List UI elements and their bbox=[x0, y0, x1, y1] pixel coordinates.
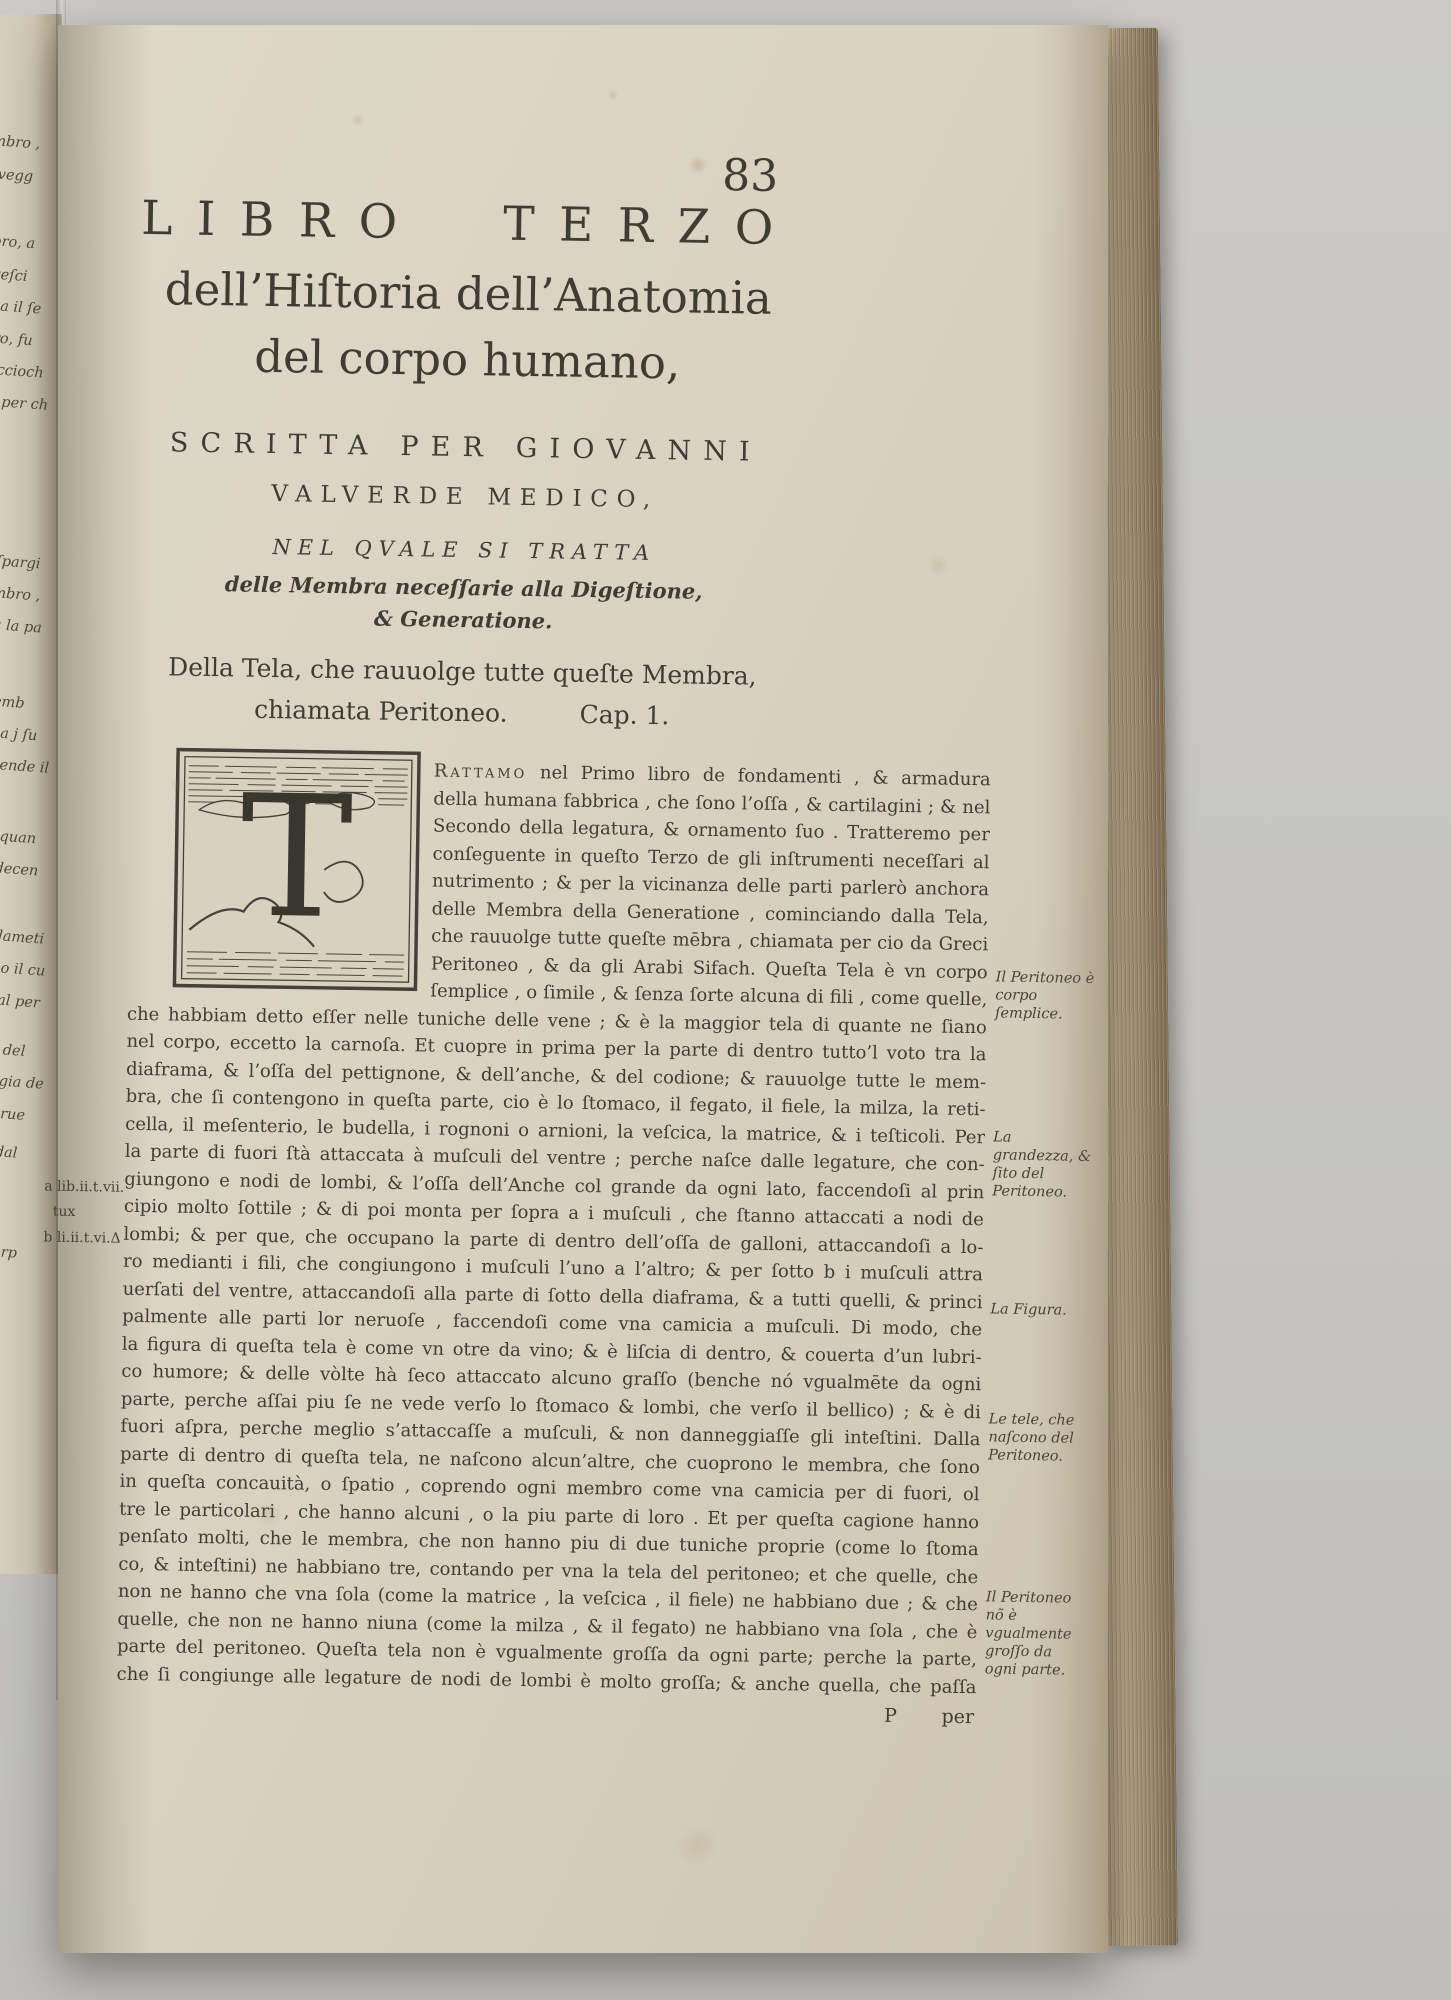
chapter-number: Cap. 1. bbox=[579, 700, 669, 730]
book-page: 83 LIBRO TERZO dell’Hiſtoria dell’Anatom… bbox=[58, 25, 1108, 1953]
author-line1: SCRITTA PER GIOVANNI bbox=[136, 427, 796, 468]
previous-page-text-fragment: lla veſci bbox=[0, 265, 28, 285]
margin-note: Le tele, che naſcono del Peritoneo. bbox=[988, 1410, 1089, 1466]
argument-line1: NEL QVALE SI TRATTA bbox=[134, 533, 794, 567]
body-text: Rattamo nel Primo libro de fondamenti , … bbox=[116, 753, 991, 1701]
previous-page-text-fragment: fondameti bbox=[0, 926, 45, 947]
previous-page-text-fragment: ſerua il ſe bbox=[0, 297, 42, 318]
previous-page-text-fragment: iſcia la pa bbox=[0, 616, 42, 637]
previous-page-text-fragment: ſta decen bbox=[0, 859, 39, 880]
previous-page-text-fragment: ca , o il cu bbox=[0, 958, 46, 979]
book-subtitle-line2: del corpo humano, bbox=[137, 328, 798, 391]
catchword: per bbox=[941, 1706, 974, 1729]
previous-page-text-fragment: l memb bbox=[0, 692, 25, 712]
previous-page-text-fragment: TaSal per bbox=[0, 991, 40, 1012]
previous-page-text-fragment: iſce per ch bbox=[0, 392, 49, 413]
page-number: 83 bbox=[722, 150, 779, 202]
margin-note: Il Peritoneo è corpo ſemplice. bbox=[995, 968, 1096, 1024]
left-margin-notes: a lib.ii.t.vii. tux b li.ii.t.vi.Δ bbox=[63, 24, 145, 25]
previous-page-text-fragment: ura quan bbox=[0, 827, 37, 848]
previous-page-text-fragment: e ſi vegg bbox=[0, 165, 34, 185]
previous-page-text-fragment: embro, a bbox=[0, 232, 36, 253]
previous-page-text-fragment: mbro, fu bbox=[0, 329, 33, 349]
previous-page-text-fragment: ſerua j ſu bbox=[0, 724, 38, 745]
previous-page-text-fragment: ria dal bbox=[0, 1142, 18, 1161]
previous-page-text-fragment: a regia de bbox=[0, 1071, 44, 1092]
previous-page-text-fragment: n corp bbox=[0, 1242, 18, 1261]
previous-page-text-fragment: membro , bbox=[0, 132, 41, 153]
book-subtitle-line1: dell’Hiſtoria dell’Anatomia bbox=[138, 262, 799, 325]
argument-line2: delle Membra neceſſarie alla Digeſtione, bbox=[134, 570, 794, 605]
page-content: 83 LIBRO TERZO dell’Hiſtoria dell’Anatom… bbox=[30, 24, 1110, 1968]
right-margin-notes: Il Peritoneo è corpo ſemplice. La grande… bbox=[1010, 39, 1110, 41]
body-full-block: che habbiam detto eſſer nelle tuniche de… bbox=[116, 1000, 987, 1701]
previous-page-text-fragment: ra pende il bbox=[0, 755, 50, 776]
margin-note: a lib.ii.t.vii. bbox=[44, 1178, 124, 1195]
body-line-text: nel Primo libro de fondamenti , & armadu… bbox=[527, 762, 991, 790]
margin-note: La grandezza, & ſito del Peritoneo. bbox=[992, 1128, 1093, 1202]
book-title: LIBRO TERZO bbox=[139, 191, 800, 256]
chapter-title-line1: Della Tela, che rauuolge tutte queſte Me… bbox=[132, 652, 792, 691]
margin-note: La Figura. bbox=[990, 1300, 1067, 1319]
previous-page-text-fragment: membro , bbox=[0, 584, 41, 605]
previous-page-text-fragment: oſſo del bbox=[0, 1040, 26, 1060]
margin-note: b li.ii.t.vi.Δ bbox=[43, 1229, 120, 1246]
margin-note: Il Peritoneo nõ è vgualmente groſſo da o… bbox=[985, 1588, 1086, 1680]
signature-mark: P bbox=[884, 1705, 897, 1727]
author-line2: VALVERDE MEDICO, bbox=[135, 479, 795, 515]
body-indented-block: Rattamo nel Primo libro de fondamenti , … bbox=[430, 758, 991, 1014]
book-photo: membro , e ſi vegg lo. embro, a lla veſc… bbox=[0, 0, 1451, 2000]
previous-page-text-fragment: o, accioch bbox=[0, 360, 44, 381]
argument-line3: & Generatione. bbox=[133, 602, 793, 637]
incipit-word: Rattamo bbox=[434, 761, 528, 783]
previous-page-text-fragment: Giſerue bbox=[0, 1104, 26, 1124]
margin-note: tux bbox=[44, 1203, 76, 1219]
previous-page-text-fragment: e è ſpargi bbox=[0, 552, 41, 573]
chapter-title-line2: chiamata Peritoneo. Cap. 1. bbox=[132, 693, 792, 732]
chapter-title-text: chiamata Peritoneo. bbox=[254, 695, 508, 728]
